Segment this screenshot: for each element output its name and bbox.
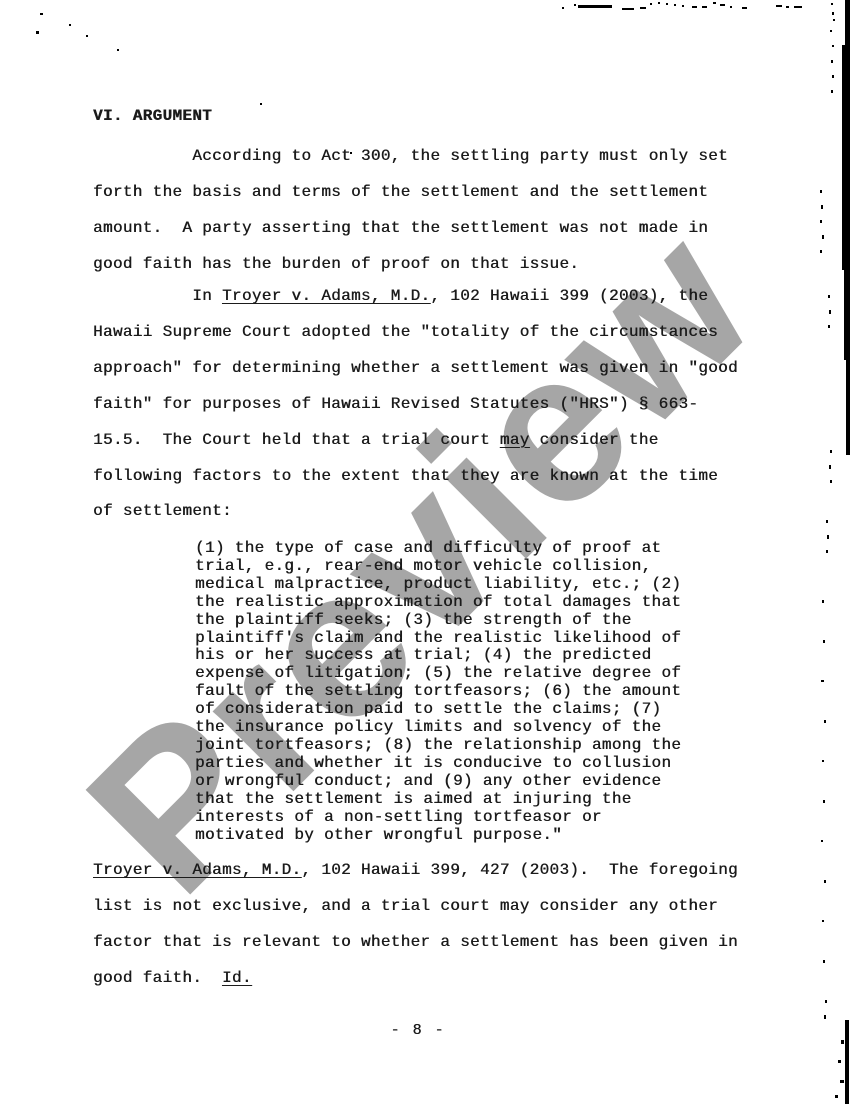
text-segment: good faith.	[93, 969, 222, 987]
text-segment: plaintiff's claim and the realistic like…	[195, 629, 681, 647]
text-segment: 15.5. The Court held that a trial court	[93, 431, 500, 449]
text-segment: , 102 Hawaii 399, 427 (2003). The forego…	[301, 861, 738, 879]
text-line: (1) the type of case and difficulty of p…	[195, 540, 681, 558]
underlined-text: may	[500, 431, 530, 449]
text-line: forth the basis and terms of the settlem…	[93, 175, 728, 211]
text-segment: forth the basis and terms of the settlem…	[93, 183, 708, 201]
text-line: amount. A party asserting that the settl…	[93, 211, 728, 247]
underlined-text: Troyer v. Adams, M.D.	[222, 287, 430, 305]
text-line: 15.5. The Court held that a trial court …	[93, 423, 738, 459]
text-line: good faith. Id.	[93, 961, 738, 997]
underlined-text: Id.	[222, 969, 252, 987]
text-line: the plaintiff seeks; (3) the strength of…	[195, 612, 681, 630]
text-line: fault of the settling tortfeasors; (6) t…	[195, 683, 681, 701]
paragraph-foregoing-list: Troyer v. Adams, M.D., 102 Hawaii 399, 4…	[93, 853, 738, 997]
text-segment: the realistic approximation of total dam…	[195, 593, 681, 611]
text-line: the realistic approximation of total dam…	[195, 594, 681, 612]
text-segment: parties and whether it is conducive to c…	[195, 754, 671, 772]
text-line: good faith has the burden of proof on th…	[93, 247, 728, 283]
text-line: the insurance policy limits and solvency…	[195, 719, 681, 737]
text-segment: amount. A party asserting that the settl…	[93, 219, 708, 237]
text-segment: medical malpractice, product liability, …	[195, 575, 681, 593]
text-segment: motivated by other wrongful purpose."	[195, 826, 562, 844]
text-segment: joint tortfeasors; (8) the relationship …	[195, 736, 681, 754]
text-segment: expense of litigation; (5) the relative …	[195, 664, 681, 682]
text-line: or wrongful conduct; and (9) any other e…	[195, 773, 681, 791]
text-line: list is not exclusive, and a trial court…	[93, 889, 738, 925]
text-line: Hawaii Supreme Court adopted the "totali…	[93, 315, 738, 351]
text-segment: faith" for purposes of Hawaii Revised St…	[93, 395, 698, 413]
text-segment: (1) the type of case and difficulty of p…	[195, 539, 661, 557]
text-segment: or wrongful conduct; and (9) any other e…	[195, 772, 661, 790]
text-segment: approach" for determining whether a sett…	[93, 359, 738, 377]
text-line: In Troyer v. Adams, M.D., 102 Hawaii 399…	[93, 279, 738, 315]
block-quote-settlement-factors: (1) the type of case and difficulty of p…	[195, 540, 681, 844]
text-segment: following factors to the extent that the…	[93, 467, 718, 485]
text-segment: In	[93, 287, 222, 305]
text-line: Troyer v. Adams, M.D., 102 Hawaii 399, 4…	[93, 853, 738, 889]
text-line: trial, e.g., rear-end motor vehicle coll…	[195, 558, 681, 576]
text-line: of consideration paid to settle the clai…	[195, 701, 681, 719]
text-segment: trial, e.g., rear-end motor vehicle coll…	[195, 557, 651, 575]
text-segment: of settlement:	[93, 502, 232, 520]
text-line: interests of a non-settling tortfeasor o…	[195, 809, 681, 827]
text-segment: that the settlement is aimed at injuring…	[195, 790, 632, 808]
text-line: According to Act 300, the settling party…	[93, 139, 728, 175]
text-line: his or her success at trial; (4) the pre…	[195, 647, 681, 665]
text-segment: fault of the settling tortfeasors; (6) t…	[195, 682, 681, 700]
text-segment: his or her success at trial; (4) the pre…	[195, 646, 651, 664]
text-line: factor that is relevant to whether a set…	[93, 925, 738, 961]
text-segment: interests of a non-settling tortfeasor o…	[195, 808, 602, 826]
text-line: parties and whether it is conducive to c…	[195, 755, 681, 773]
text-line: motivated by other wrongful purpose."	[195, 827, 681, 845]
page-number: - 8 -	[0, 1022, 836, 1040]
text-segment: , 102 Hawaii 399 (2003), the	[430, 287, 708, 305]
section-heading: VI. ARGUMENT	[93, 106, 212, 126]
underlined-text: Troyer v. Adams, M.D.	[93, 861, 301, 879]
text-segment: list is not exclusive, and a trial court…	[93, 897, 718, 915]
text-line: that the settlement is aimed at injuring…	[195, 791, 681, 809]
text-line: of settlement:	[93, 494, 738, 530]
text-line: approach" for determining whether a sett…	[93, 351, 738, 387]
text-segment: good faith has the burden of proof on th…	[93, 255, 579, 273]
text-line: following factors to the extent that the…	[93, 459, 738, 495]
text-segment: Hawaii Supreme Court adopted the "totali…	[93, 323, 718, 341]
text-segment: consider the	[530, 431, 659, 449]
text-line: expense of litigation; (5) the relative …	[195, 665, 681, 683]
text-segment: the plaintiff seeks; (3) the strength of…	[195, 611, 632, 629]
text-line: faith" for purposes of Hawaii Revised St…	[93, 387, 738, 423]
document-content: VI. ARGUMENT According to Act 300, the s…	[0, 0, 850, 1104]
text-line: joint tortfeasors; (8) the relationship …	[195, 737, 681, 755]
text-segment: the insurance policy limits and solvency…	[195, 718, 661, 736]
text-segment: According to Act 300, the settling party…	[93, 147, 728, 165]
paragraph-act-300: According to Act 300, the settling party…	[93, 139, 728, 283]
text-line: medical malpractice, product liability, …	[195, 576, 681, 594]
paragraph-troyer-adoption: In Troyer v. Adams, M.D., 102 Hawaii 399…	[93, 279, 738, 530]
text-line: plaintiff's claim and the realistic like…	[195, 630, 681, 648]
text-segment: factor that is relevant to whether a set…	[93, 933, 738, 951]
document-page: Preview VI. ARGUMENT According to Act 30…	[0, 0, 850, 1104]
text-segment: of consideration paid to settle the clai…	[195, 700, 661, 718]
